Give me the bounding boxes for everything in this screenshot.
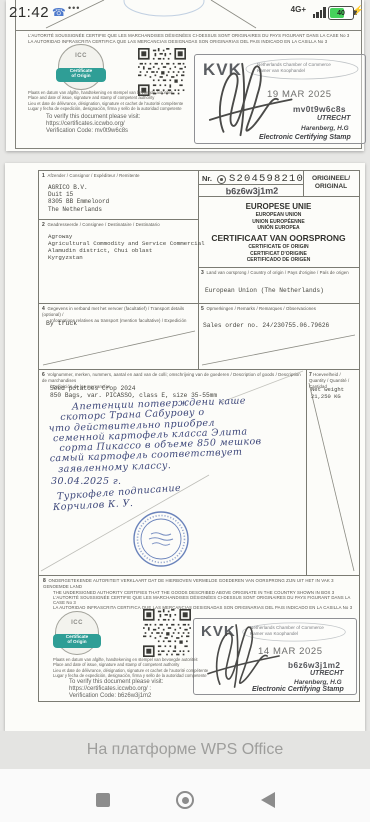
signal-strength-icon — [313, 7, 326, 18]
icc-logo: ICC — [59, 53, 103, 59]
network-type-label: 4G+ — [291, 5, 306, 14]
handwritten-note: Апетенции потверждени каше скоторс Трана… — [46, 395, 304, 476]
stamp-code: b6z6w3j1m2 — [288, 660, 340, 670]
quantity-value: Net weight 21,250 KG — [311, 387, 344, 400]
box4-header-line1: Gegevens in verband met het vervoer (fac… — [42, 306, 184, 317]
icc-badge-label: Certificate of Origin — [53, 634, 101, 648]
issue-line-es: Lugar y fecha de expedición, designación… — [28, 106, 198, 111]
nr-seal-icon — [217, 175, 226, 184]
verify-url: https://certificates.iccwbo.org/ : — [69, 686, 163, 693]
certify-line-nl: ONDERGETEKENDE AUTORITEIT VERKLAART DAT … — [43, 578, 334, 589]
kvk-stamp-box: KVK Netherlands Chamber of Commerce Kame… — [194, 54, 366, 144]
box6-header-line1: Volgnummer, merken, nummers, aantal en a… — [42, 372, 301, 383]
certificate-title-nl: CERTIFICAAT VAN OORSPRONG — [198, 233, 359, 243]
stamp-city: UTRECHT — [317, 115, 350, 122]
wps-office-banner-text: На платформе WPS Office — [87, 741, 283, 759]
nr-label: Nr. — [202, 174, 212, 183]
handwritten-date: 30.04.2025 г. — [51, 477, 121, 487]
verify-code: Verification Code: b6z6w3j1m2 — [69, 693, 163, 700]
certify-line-fr: L'AUTORITÉ SOUSSIGNÉE CERTIFIE QUE LES M… — [53, 595, 355, 606]
clock: 21:42 — [9, 4, 49, 21]
box5-header: 5 Opmerkingen / Remarks / Remarques / Ob… — [201, 306, 356, 312]
box6-number: 6 — [42, 372, 45, 378]
wps-office-banner: На платформе WPS Office — [0, 731, 370, 769]
issue-statement-lines: Plaats en datum van afgifte, handtekenin… — [53, 657, 223, 678]
document-page-2[interactable]: 1 Afzender / Consignor / Expéditeur / Re… — [5, 163, 365, 731]
consignor-line: 8305 BB Emmeloord — [48, 198, 109, 205]
certify-line-es: LA AUTORIDAD INFRASCRITA CERTIFICA QUE L… — [53, 605, 355, 610]
verify-code: Verification Code: mv0t9w6c8s — [46, 128, 140, 135]
consignee-line: Kyrgyzstan — [48, 255, 205, 262]
box3-header: 3 Land van oorsprong / Country of origin… — [201, 270, 356, 276]
origineel-line1: ORIGINEEL/ — [304, 175, 358, 183]
eu-title-fr: UNION EUROPÉENNE — [198, 219, 359, 225]
origineel-label: ORIGINEEL/ ORIGINAL — [304, 175, 358, 191]
box1-number: 1 — [42, 173, 45, 179]
box3-number: 3 — [201, 270, 204, 276]
home-button[interactable] — [176, 791, 194, 809]
certificate-serial-number: S204598210 — [229, 173, 304, 185]
status-bar: 21:42 ☎ ••• 4G+ 40 ⚡ — [0, 0, 370, 24]
origineel-line2: ORIGINAL — [304, 183, 358, 191]
stamp-date: 19 MAR 2025 — [267, 89, 332, 100]
transport-details-value: By truck — [46, 320, 77, 327]
consignor-address: AGRICO B.V. Duit 15 8305 BB Emmeloord Th… — [48, 184, 109, 213]
verify-line1: To verify this document please visit: — [69, 679, 163, 686]
remarks-value: Sales order no. 24/230755.06.79626 — [203, 322, 329, 329]
electronic-certifying-stamp-label: Electronic Certifying Stamp — [252, 686, 344, 693]
box1-header-label: Afzender / Consignor / Expéditeur / Remi… — [47, 173, 139, 178]
box1-header: 1 Afzender / Consignor / Expéditeur / Re… — [42, 173, 192, 179]
icc-logo: ICC — [56, 620, 98, 626]
box2-header: 2 Geadresseerde / Consignee / Destinatai… — [42, 222, 192, 228]
verify-line1: To verify this document please visit: — [46, 114, 140, 121]
certificate-title-fr: CERTIFICAT D'ORIGINE — [198, 251, 359, 257]
electronic-certifying-stamp-label: Electronic Certifying Stamp — [259, 134, 351, 141]
ongoing-call-icon: ☎ — [52, 6, 66, 19]
eu-title-nl: EUROPESE UNIE — [198, 202, 359, 211]
verify-url: https://certificates.iccwbo.org/ — [46, 121, 140, 128]
stamp-officer: Harenberg, H.G — [294, 679, 342, 686]
qr-code — [138, 48, 186, 96]
box8-header: 8 ONDERGETEKENDE AUTORITEIT VERKLAART DA… — [43, 578, 355, 611]
consignor-line: AGRICO B.V. — [48, 184, 109, 191]
blue-round-stamp — [131, 509, 191, 569]
battery-percent: 40 — [337, 10, 345, 17]
goods-line: Seed potatoes Crop 2024 — [50, 385, 217, 392]
icc-certificate-badge: ICC Certificate of Origin — [55, 611, 99, 655]
phone-screen: L'AUTORITÉ SOUSSIGNÉE CERTIFIE QUE LES M… — [0, 0, 370, 822]
certificate-title-en: CERTIFICATE OF ORIGIN — [198, 244, 359, 250]
box2-number: 2 — [42, 222, 45, 228]
certify-line-fr: L'AUTORITÉ SOUSSIGNÉE CERTIFIE QUE LES M… — [28, 33, 363, 38]
stamp-date: 14 MAR 2025 — [258, 646, 323, 657]
verification-block: To verify this document please visit: ht… — [69, 679, 163, 701]
android-navigation-bar — [0, 769, 370, 822]
icc-certificate-badge: ICC Certificate of Origin — [58, 44, 104, 90]
box4-number: 4 — [42, 306, 45, 312]
certificate-title-es: CERTIFICADO DE ORIGEN — [198, 257, 359, 263]
consignee-address: Agroway Agricultural Commodity and Servi… — [48, 234, 205, 262]
stamp-officer: Harenberg, H.G — [301, 125, 349, 132]
charging-icon: ⚡ — [353, 5, 364, 16]
box3-header-label: Land van oorsprong / Country of origin /… — [206, 270, 348, 275]
qr-code — [143, 609, 191, 657]
stamp-city: UTRECHT — [310, 670, 343, 677]
consignor-line: Duit 15 — [48, 191, 109, 198]
icc-badge-label-2: of Origin — [56, 73, 106, 79]
box2-header-label: Geadresseerde / Consignee / Destinataire… — [47, 222, 159, 227]
box8-number: 8 — [43, 578, 46, 584]
stamp-code: mv0t9w6c8s — [293, 104, 346, 114]
eu-title-es: UNIÓN EUROPEA — [198, 225, 359, 231]
net-weight-value: 21,250 KG — [311, 394, 344, 401]
battery-indicator: 40 — [328, 6, 354, 20]
box7-number: 7 — [309, 372, 312, 378]
verification-block: To verify this document please visit: ht… — [46, 114, 140, 136]
icc-badge-label-2: of Origin — [53, 639, 101, 645]
notification-overflow-icon: ••• — [68, 3, 80, 13]
country-of-origin-value: European Union (The Netherlands) — [205, 287, 324, 294]
certificate-code-stamp: b6z6w3j1m2 — [207, 185, 297, 196]
certificate-form: 1 Afzender / Consignor / Expéditeur / Re… — [38, 170, 360, 702]
consignor-line: The Netherlands — [48, 206, 109, 213]
back-button[interactable] — [261, 792, 275, 808]
issue-line-es: Lugar y fecha de expedición, designación… — [53, 673, 223, 678]
icc-badge-label: Certificate of Origin — [56, 68, 106, 82]
recent-apps-button[interactable] — [96, 793, 110, 807]
issue-statement-lines: Plaats en datum van afgifte, handtekenin… — [28, 90, 198, 111]
box5-header-label: Opmerkingen / Remarks / Remarques / Obse… — [206, 306, 316, 311]
box5-number: 5 — [201, 306, 204, 312]
eu-title-en: EUROPEAN UNION — [198, 212, 359, 218]
